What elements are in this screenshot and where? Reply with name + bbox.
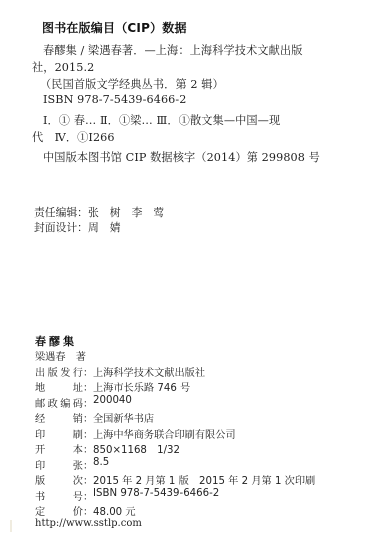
imprint-row-postcode: 邮政编码：200040: [35, 395, 132, 410]
cip-line-isbn: ISBN 978-7-5439-6466-2: [43, 93, 187, 106]
credit-label: 责任编辑：: [34, 206, 88, 219]
imprint-colon: ：: [83, 364, 93, 379]
imprint-label: 出版发行: [35, 364, 83, 379]
book-title: 春醪集: [35, 333, 77, 349]
credit-name: 周: [88, 220, 99, 235]
imprint-value: 2015 年 2 月第 1 版 2015 年 2 月第 1 次印刷: [93, 472, 315, 487]
imprint-row-edition: 版次：2015 年 2 月第 1 版 2015 年 2 月第 1 次印刷: [35, 472, 315, 487]
imprint-row-format: 开本：850×1168 1/32: [35, 441, 180, 456]
credit-name: 李: [132, 205, 143, 220]
imprint-colon: ：: [83, 503, 93, 518]
credit-names: 周婧: [88, 221, 132, 234]
credit-names: 张树李莺: [88, 206, 175, 219]
imprint-value: ISBN 978-7-5439-6466-2: [93, 488, 219, 503]
imprint-label: 经销: [35, 410, 83, 425]
imprint-label: 书号: [35, 488, 83, 503]
imprint-value: 8.5: [93, 457, 109, 472]
cip-line-series: （民国首版文学经典丛书．第 2 辑）: [40, 76, 224, 92]
credit-name: 张: [88, 205, 99, 220]
cip-line-classification: 代 Ⅳ．①I266: [32, 129, 115, 145]
imprint-colon: ：: [83, 441, 93, 456]
author-text: 梁遇春 著: [35, 348, 86, 363]
imprint-row-isbn: 书号：ISBN 978-7-5439-6466-2: [35, 488, 219, 503]
imprint-label: 地址: [35, 379, 83, 394]
imprint-value: 200040: [93, 395, 132, 410]
cip-line-subjects: Ⅰ．① 春… Ⅱ．①梁… Ⅲ．①散文集—中国—现: [43, 112, 280, 128]
imprint-colon: ：: [83, 395, 93, 410]
imprint-colon: ：: [83, 472, 93, 487]
imprint-label: 印张: [35, 457, 83, 472]
cip-line-publisher-date: 社，2015.2: [32, 59, 94, 75]
imprint-label: 版次: [35, 472, 83, 487]
imprint-value: 上海中华商务联合印刷有限公司: [93, 426, 236, 441]
imprint-label: 印刷: [35, 426, 83, 441]
imprint-row-distributor: 经销：全国新华书店: [35, 410, 154, 425]
copyright-page: 图书在版编目（CIP）数据 春醪集 / 梁遇春著．—上海：上海科学技术文献出版 …: [0, 0, 375, 537]
credit-cover-design: 封面设计：周婧: [34, 220, 132, 235]
imprint-value: 850×1168 1/32: [93, 441, 180, 456]
imprint-label: 开本: [35, 441, 83, 456]
cip-line-record-number: 中国版本图书馆 CIP 数据核字（2014）第 299808 号: [43, 149, 320, 165]
imprint-row-address: 地址：上海市长乐路 746 号: [35, 379, 190, 394]
credit-name: 莺: [153, 205, 164, 220]
credit-name: 婧: [110, 220, 121, 235]
publisher-website-link[interactable]: http://www.sstlp.com: [35, 518, 142, 529]
imprint-row-sheets: 印张：8.5: [35, 457, 109, 472]
imprint-label: 定价: [35, 503, 83, 518]
imprint-row-price: 定价：48.00 元: [35, 503, 136, 518]
imprint-colon: ：: [83, 488, 93, 503]
imprint-colon: ：: [83, 379, 93, 394]
imprint-colon: ：: [83, 426, 93, 441]
imprint-value: 全国新华书店: [93, 410, 154, 425]
cip-header: 图书在版编目（CIP）数据: [42, 19, 187, 36]
imprint-row-publisher: 出版发行：上海科学技术文献出版社: [35, 364, 205, 379]
book-author: 梁遇春 著: [35, 348, 86, 363]
imprint-colon: ：: [83, 457, 93, 472]
imprint-label: 邮政编码: [35, 395, 83, 410]
imprint-value: 上海市长乐路 746 号: [93, 379, 190, 394]
cip-line-title: 春醪集 / 梁遇春著．—上海：上海科学技术文献出版: [43, 42, 303, 58]
imprint-row-printer: 印刷：上海中华商务联合印刷有限公司: [35, 426, 236, 441]
imprint-colon: ：: [83, 410, 93, 425]
credit-label: 封面设计：: [34, 221, 88, 234]
credit-name: 树: [110, 205, 121, 220]
imprint-value: 48.00 元: [93, 503, 136, 518]
imprint-value: 上海科学技术文献出版社: [93, 364, 205, 379]
scan-artifact: [10, 520, 12, 532]
credit-responsible-editor: 责任编辑：张树李莺: [34, 205, 175, 220]
